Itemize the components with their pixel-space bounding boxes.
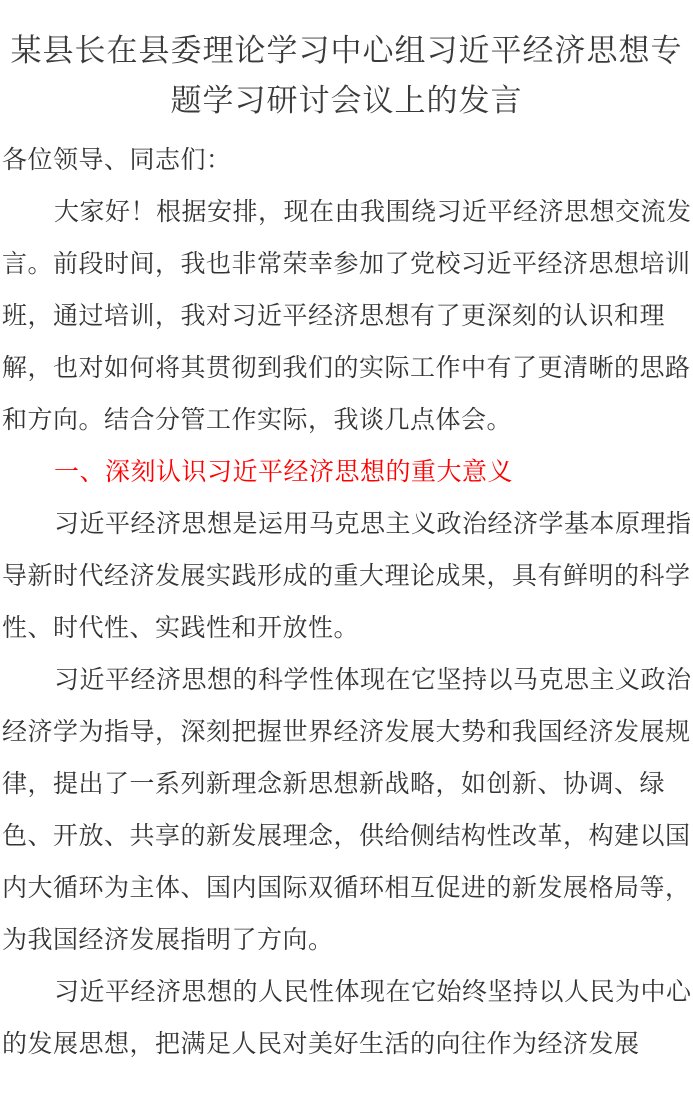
section-heading-1: 一、深刻认识习近平经济思想的重大意义 [2,446,693,498]
paragraph-intro: 大家好！根据安排，现在由我围绕习近平经济思想交流发言。前段时间，我也非常荣幸参加… [2,186,693,446]
salutation: 各位领导、同志们： [2,134,693,186]
paragraph-significance: 习近平经济思想是运用马克思主义政治经济学基本原理指导新时代经济发展实践形成的重大… [2,498,693,654]
document-body: 各位领导、同志们： 大家好！根据安排，现在由我围绕习近平经济思想交流发言。前段时… [0,134,693,1070]
paragraph-people: 习近平经济思想的人民性体现在它始终坚持以人民为中心的发展思想，把满足人民对美好生… [2,966,693,1070]
paragraph-scientific: 习近平经济思想的科学性体现在它坚持以马克思主义政治经济学为指导，深刻把握世界经济… [2,654,693,966]
document-title: 某县长在县委理论学习中心组习近平经济思想专题学习研讨会议上的发言 [0,0,693,126]
